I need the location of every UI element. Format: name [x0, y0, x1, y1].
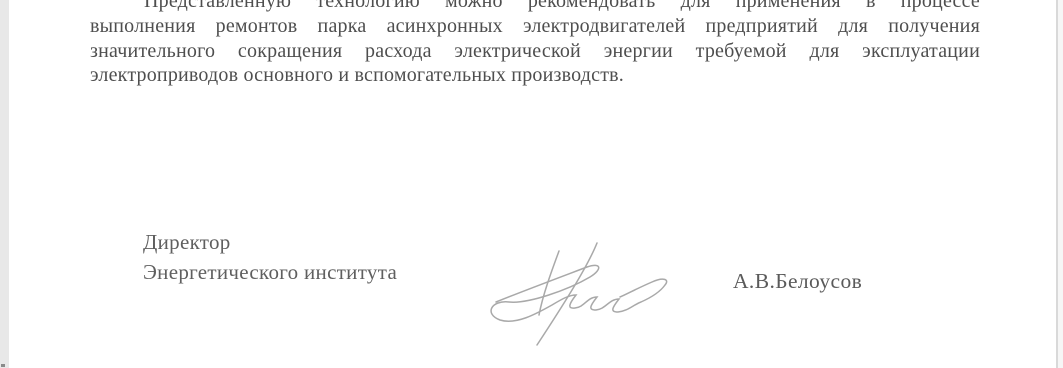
handwritten-signature-icon [486, 234, 676, 346]
scan-artifact-speck [1, 364, 5, 367]
scan-edge-left [0, 0, 9, 368]
paragraph-line-3: значительного сокращения расхода электри… [90, 39, 980, 64]
signatory-title: Директор Энергетического института [143, 227, 397, 287]
conclusion-paragraph: Представленную технологию можно рекоменд… [90, 0, 980, 88]
paragraph-line-4: электроприводов основного и вспомогатель… [90, 63, 980, 88]
signatory-title-line-2: Энергетического института [143, 257, 397, 287]
signatory-title-line-1: Директор [143, 227, 397, 257]
paragraph-line-2: выполнения ремонтов парка асинхронных эл… [90, 14, 980, 39]
paragraph-line-1: Представленную технологию можно рекоменд… [90, 0, 980, 14]
signatory-name: А.В.Белоусов [733, 266, 862, 296]
scan-edge-right [1056, 0, 1063, 368]
